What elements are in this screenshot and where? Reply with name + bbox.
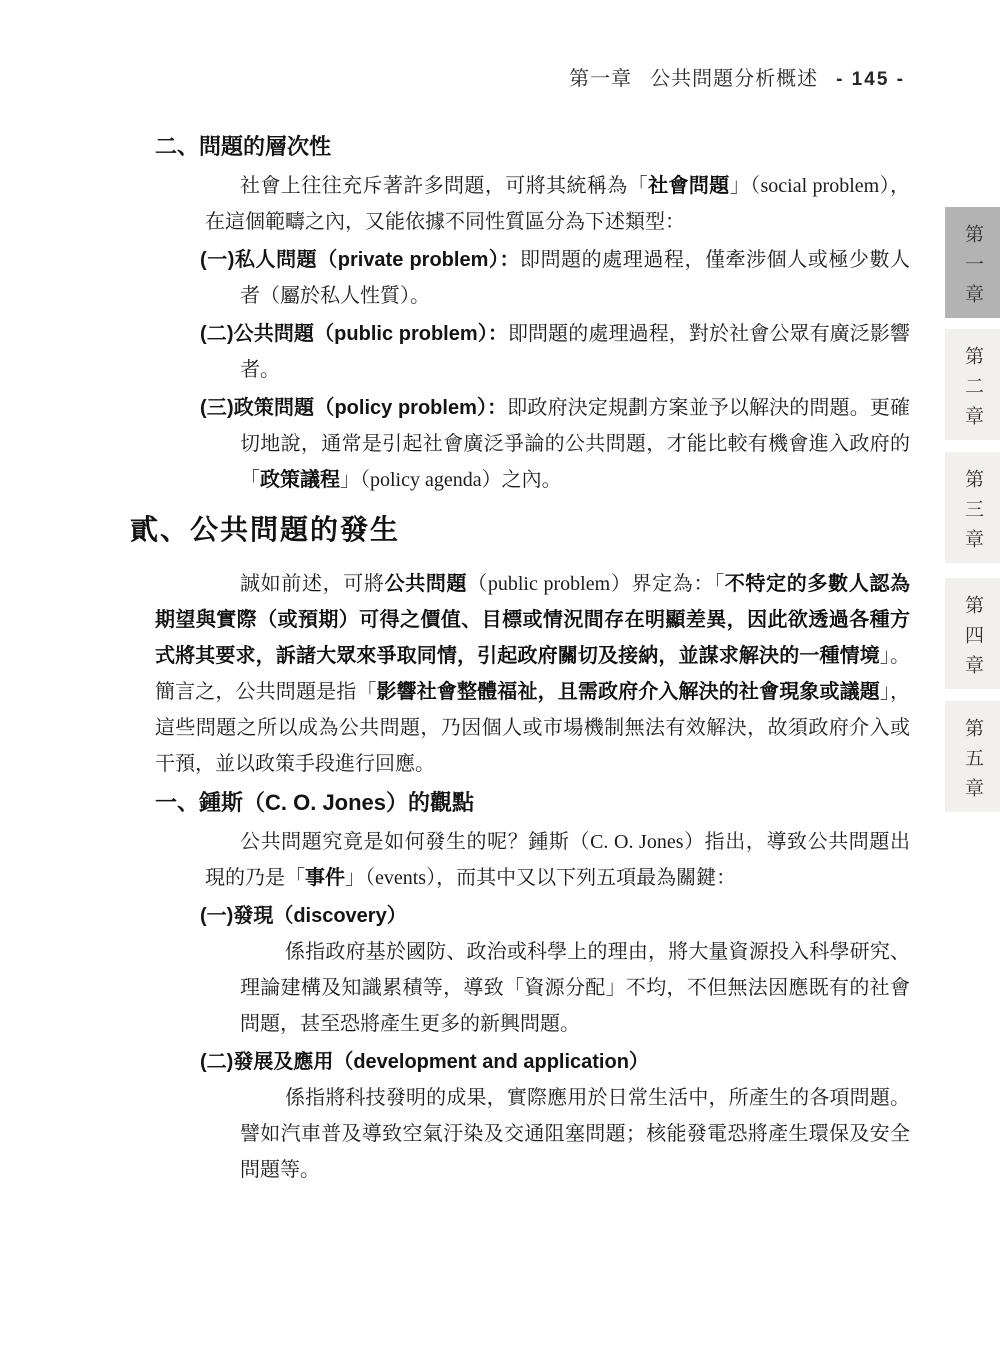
paragraph-definition: 誠如前述，可將公共問題（public problem）界定為：「不特定的多數人認…	[155, 566, 910, 782]
list-item-private-problem: (一)私人問題（private problem）：即問題的處理過程，僅牽涉個人或…	[155, 242, 910, 314]
emphasized-text-run: 影響社會整體福祉，且需政府介入解決的社會現象或議題	[377, 681, 880, 703]
document-body: 二、問題的層次性 社會上往往充斥著許多問題，可將其統稱為「社會問題」（socia…	[155, 126, 910, 1188]
running-head: 第一章 公共問題分析概述 - 145 -	[569, 62, 905, 91]
emphasized-text-run: (三)政策問題（policy problem）：	[200, 397, 507, 419]
text-run: 社會上往往充斥著許多問題，可將其統稱為「	[240, 175, 648, 197]
emphasized-text-run: 政策議程	[260, 469, 340, 491]
paragraph-discovery-detail: 係指政府基於國防、政治或科學上的理由，將大量資源投入科學研究、理論建構及知識累積…	[240, 934, 910, 1042]
chapter-tab-label: 第四章	[963, 595, 982, 685]
page-number: - 145 -	[836, 69, 905, 91]
section-heading-occurrence: 貳、公共問題的發生	[130, 506, 910, 556]
text-run: 係指政府基於國防、政治或科學上的理由，將大量資源投入科學研究、理論建構及知識累積…	[240, 941, 910, 1035]
chapter-tab-5: 第五章	[945, 701, 1000, 812]
text-run: 一、鍾斯（C. O. Jones）的觀點	[155, 790, 474, 815]
text-run: 二、問題的層次性	[155, 134, 331, 159]
paragraph-development-detail: 係指將科技發明的成果，實際應用於日常生活中，所產生的各項問題。譬如汽車普及導致空…	[240, 1080, 910, 1188]
chapter-tab-4: 第四章	[945, 578, 1000, 689]
chapter-tab-3: 第三章	[945, 452, 1000, 563]
emphasized-text-run: (二)發展及應用（development and application）	[200, 1051, 649, 1073]
list-item-discovery: (一)發現（discovery）	[155, 898, 910, 934]
chapter-tab-label: 第五章	[963, 718, 982, 808]
emphasized-text-run: (一)私人問題（private problem）：	[200, 249, 520, 271]
list-item-public-problem: (二)公共問題（public problem）：即問題的處理過程，對於社會公眾有…	[155, 316, 910, 388]
paragraph-events: 公共問題究竟是如何發生的呢？鍾斯（C. O. Jones）指出，導致公共問題出現…	[205, 824, 910, 896]
emphasized-text-run: 社會問題	[648, 175, 730, 197]
text-run: 誠如前述，可將	[240, 573, 385, 595]
running-head-title: 公共問題分析概述	[650, 62, 818, 91]
running-head-chapter: 第一章	[569, 62, 632, 91]
emphasized-text-run: 事件	[305, 867, 345, 889]
text-run: 」（events），而其中又以下列五項最為關鍵：	[345, 867, 736, 889]
text-run: 係指將科技發明的成果，實際應用於日常生活中，所產生的各項問題。譬如汽車普及導致空…	[240, 1087, 910, 1181]
emphasized-text-run: (二)公共問題（public problem）：	[200, 323, 508, 345]
text-run: （public problem）界定為：「	[467, 573, 725, 595]
section-heading-levels: 二、問題的層次性	[155, 126, 910, 168]
list-item-development: (二)發展及應用（development and application）	[155, 1044, 910, 1080]
paragraph-social-problem: 社會上往往充斥著許多問題，可將其統稱為「社會問題」（social problem…	[205, 168, 910, 240]
chapter-tab-label: 第二章	[963, 346, 982, 436]
emphasized-text-run: 公共問題	[385, 573, 468, 595]
section-heading-jones: 一、鍾斯（C. O. Jones）的觀點	[155, 782, 910, 824]
chapter-tab-label: 第一章	[963, 224, 982, 314]
chapter-tab-2: 第二章	[945, 329, 1000, 440]
text-run: 」（policy agenda）之內。	[340, 469, 562, 491]
chapter-tab-1: 第一章	[945, 207, 1000, 318]
text-run: 貳、公共問題的發生	[130, 515, 400, 546]
chapter-tab-label: 第三章	[963, 469, 982, 559]
list-item-policy-problem: (三)政策問題（policy problem）：即政府決定規劃方案並予以解決的問…	[155, 390, 910, 498]
emphasized-text-run: (一)發現（discovery）	[200, 905, 407, 927]
